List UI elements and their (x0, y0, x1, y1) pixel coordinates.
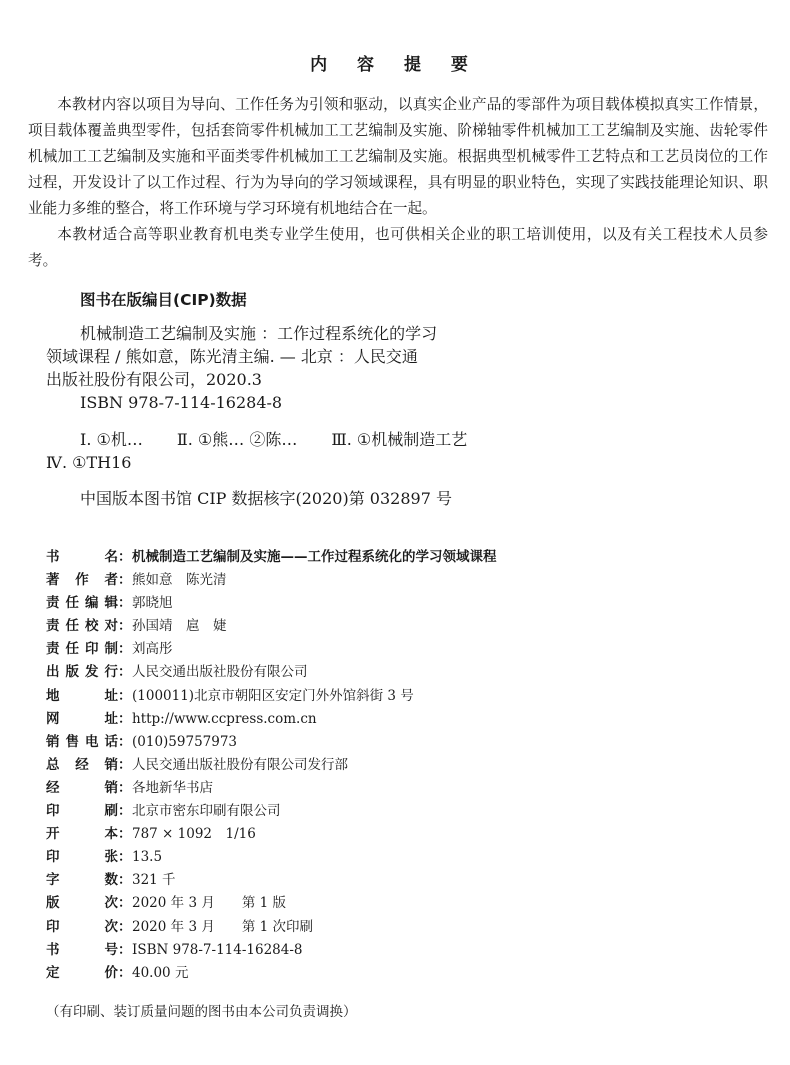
info-value: 郭晓旭 (132, 591, 173, 611)
cip-record-number: 中国版本图书馆 CIP 数据核字(2020)第 032897 号 (80, 486, 452, 509)
info-label: 版次 (46, 891, 118, 911)
info-row: 经销：各地新华书店 (46, 776, 497, 799)
info-label-char: 址 (105, 684, 119, 704)
info-value: 熊如意 陈光清 (132, 568, 227, 588)
info-colon: ： (118, 891, 132, 911)
info-label-char: 行 (105, 660, 119, 680)
info-row: 责任编辑：郭晓旭 (46, 591, 497, 614)
info-row: 网址：http://www.ccpress.com.cn (46, 707, 497, 730)
info-label-char: 价 (105, 961, 119, 981)
info-label-char: 销 (105, 776, 119, 796)
info-label-char: 印 (46, 845, 60, 865)
info-value: 北京市密东印刷有限公司 (132, 799, 281, 819)
info-label-char: 销 (46, 730, 60, 750)
info-label: 著作者 (46, 568, 118, 588)
info-label-char: 任 (66, 591, 80, 611)
footer-note: （有印刷、装订质量问题的图书由本公司负责调换） (46, 1000, 357, 1020)
publication-info: 书名：机械制造工艺编制及实施——工作过程系统化的学习领域课程著作者：熊如意 陈光… (46, 545, 497, 984)
info-value: 13.5 (132, 849, 162, 865)
info-value: 人民交通出版社股份有限公司 (132, 660, 308, 680)
cip-class-item: Ⅳ. ①TH16 (46, 453, 131, 472)
cip-classification: Ⅰ. ①机…Ⅱ. ①熊… ②陈…Ⅲ. ①机械制造工艺 Ⅳ. ①TH16 (46, 428, 467, 474)
info-label: 地址 (46, 684, 118, 704)
info-label-char: 书 (46, 938, 60, 958)
info-label-char: 网 (46, 707, 60, 727)
info-label-char: 对 (105, 614, 119, 634)
info-label-char: 话 (105, 730, 119, 750)
info-row: 书号：ISBN 978-7-114-16284-8 (46, 938, 497, 961)
info-label-char: 著 (46, 568, 60, 588)
info-label-char: 址 (105, 707, 119, 727)
info-label-char: 电 (85, 730, 99, 750)
info-label-char: 开 (46, 822, 60, 842)
info-row: 责任印制：刘高彤 (46, 637, 497, 660)
info-label: 责任印制 (46, 637, 118, 657)
info-value: 孙国靖 扈 婕 (132, 614, 227, 634)
info-label-char: 地 (46, 684, 60, 704)
info-value: (100011)北京市朝阳区安定门外外馆斜街 3 号 (132, 684, 414, 704)
abstract-paragraph: 本教材内容以项目为导向、工作任务为引领和驱动，以真实企业产品的零部件为项目载体模… (28, 92, 768, 222)
info-label-char: 书 (46, 545, 60, 565)
info-label: 印张 (46, 845, 118, 865)
info-label-char: 号 (105, 938, 119, 958)
cip-entry: 机械制造工艺编制及实施 ：工作过程系统化的学习 领域课程 / 熊如意，陈光清主编… (46, 322, 526, 414)
info-label-char: 次 (105, 891, 119, 911)
info-label-char: 定 (46, 961, 60, 981)
info-label: 网址 (46, 707, 118, 727)
info-value: 2020 年 3 月 第 1 次印刷 (132, 915, 313, 935)
cip-isbn: ISBN 978-7-114-16284-8 (46, 391, 526, 414)
info-row: 定价：40.00 元 (46, 961, 497, 984)
info-label-char: 张 (105, 845, 119, 865)
info-colon: ： (118, 660, 132, 680)
info-value: 40.00 元 (132, 961, 188, 981)
cip-entry-line: 机械制造工艺编制及实施 ：工作过程系统化的学习 (46, 322, 526, 345)
cip-class-item: Ⅲ. ①机械制造工艺 (331, 430, 467, 449)
info-label: 出版发行 (46, 660, 118, 680)
info-value: 321 千 (132, 868, 176, 888)
cip-heading: 图书在版编目(CIP)数据 (80, 288, 247, 310)
info-label-char: 印 (46, 799, 60, 819)
info-colon: ： (118, 868, 132, 888)
info-label: 开本 (46, 822, 118, 842)
info-label-char: 经 (46, 776, 60, 796)
info-label-char: 次 (105, 915, 119, 935)
info-colon: ： (118, 545, 132, 565)
info-value: ISBN 978-7-114-16284-8 (132, 942, 303, 958)
info-colon: ： (118, 637, 132, 657)
info-label: 经销 (46, 776, 118, 796)
info-value: 787 × 1092 1/16 (132, 822, 256, 842)
info-label: 印刷 (46, 799, 118, 819)
info-label-char: 制 (105, 637, 119, 657)
info-label-char: 辑 (105, 591, 119, 611)
info-value: 刘高彤 (132, 637, 173, 657)
info-value: 机械制造工艺编制及实施——工作过程系统化的学习领域课程 (132, 545, 497, 565)
info-label-char: 发 (85, 660, 99, 680)
info-label-char: 责 (46, 637, 60, 657)
info-label-char: 校 (85, 614, 99, 634)
info-colon: ： (118, 961, 132, 981)
info-label-char: 责 (46, 614, 60, 634)
cip-class-item: Ⅰ. ①机… (80, 430, 143, 449)
abstract-body: 本教材内容以项目为导向、工作任务为引领和驱动，以真实企业产品的零部件为项目载体模… (28, 92, 768, 274)
info-colon: ： (118, 568, 132, 588)
cip-class-item: Ⅱ. ①熊… ②陈… (177, 430, 297, 449)
info-label: 总经销 (46, 753, 118, 773)
info-row: 总经销：人民交通出版社股份有限公司发行部 (46, 753, 497, 776)
info-row: 责任校对：孙国靖 扈 婕 (46, 614, 497, 637)
info-label-char: 版 (66, 660, 80, 680)
cip-entry-line: 领域课程 / 熊如意，陈光清主编. — 北京 ：人民交通 (46, 345, 526, 368)
info-label-char: 编 (85, 591, 99, 611)
copyright-page: 内 容 提 要 本教材内容以项目为导向、工作任务为引领和驱动，以真实企业产品的零… (0, 0, 790, 1065)
info-colon: ： (118, 684, 132, 704)
abstract-paragraph: 本教材适合高等职业教育机电类专业学生使用，也可供相关企业的职工培训使用，以及有关… (28, 222, 768, 274)
info-colon: ： (118, 707, 132, 727)
info-label: 印次 (46, 915, 118, 935)
info-label-char: 售 (66, 730, 80, 750)
info-label-char: 者 (105, 568, 119, 588)
info-label-char: 印 (46, 915, 60, 935)
info-label: 责任校对 (46, 614, 118, 634)
info-row: 字数：321 千 (46, 868, 497, 891)
info-row: 版次：2020 年 3 月 第 1 版 (46, 891, 497, 914)
info-label-char: 总 (46, 753, 60, 773)
cip-entry-line: 出版社股份有限公司，2020.3 (46, 368, 526, 391)
info-colon: ： (118, 799, 132, 819)
info-value: 2020 年 3 月 第 1 版 (132, 891, 286, 911)
info-colon: ： (118, 845, 132, 865)
info-label-char: 任 (66, 614, 80, 634)
info-label: 责任编辑 (46, 591, 118, 611)
info-label-char: 刷 (105, 799, 119, 819)
abstract-title: 内 容 提 要 (0, 50, 790, 75)
info-label-char: 责 (46, 591, 60, 611)
info-value: 各地新华书店 (132, 776, 213, 796)
info-value: 人民交通出版社股份有限公司发行部 (132, 753, 348, 773)
info-label: 字数 (46, 868, 118, 888)
info-row: 销售电话：(010)59757973 (46, 730, 497, 753)
info-colon: ： (118, 591, 132, 611)
info-colon: ： (118, 614, 132, 634)
info-row: 著作者：熊如意 陈光清 (46, 568, 497, 591)
info-label: 书名 (46, 545, 118, 565)
info-row: 印次：2020 年 3 月 第 1 次印刷 (46, 915, 497, 938)
info-label-char: 销 (105, 753, 119, 773)
info-row: 印刷：北京市密东印刷有限公司 (46, 799, 497, 822)
info-value: http://www.ccpress.com.cn (132, 711, 317, 727)
info-label-char: 版 (46, 891, 60, 911)
info-label-char: 经 (75, 753, 89, 773)
info-colon: ： (118, 938, 132, 958)
info-label: 定价 (46, 961, 118, 981)
info-label-char: 出 (46, 660, 60, 680)
info-label-char: 作 (75, 568, 89, 588)
info-label-char: 本 (105, 822, 119, 842)
info-value: (010)59757973 (132, 734, 237, 750)
info-row: 开本：787 × 1092 1/16 (46, 822, 497, 845)
info-row: 地址：(100011)北京市朝阳区安定门外外馆斜街 3 号 (46, 684, 497, 707)
info-colon: ： (118, 753, 132, 773)
info-label-char: 任 (66, 637, 80, 657)
info-row: 印张：13.5 (46, 845, 497, 868)
info-label-char: 字 (46, 868, 60, 888)
info-label-char: 印 (85, 637, 99, 657)
info-label-char: 名 (105, 545, 119, 565)
info-label-char: 数 (105, 868, 119, 888)
info-colon: ： (118, 776, 132, 796)
info-colon: ： (118, 915, 132, 935)
info-colon: ： (118, 730, 132, 750)
info-colon: ： (118, 822, 132, 842)
info-label: 书号 (46, 938, 118, 958)
info-row: 书名：机械制造工艺编制及实施——工作过程系统化的学习领域课程 (46, 545, 497, 568)
info-row: 出版发行：人民交通出版社股份有限公司 (46, 660, 497, 683)
info-label: 销售电话 (46, 730, 118, 750)
